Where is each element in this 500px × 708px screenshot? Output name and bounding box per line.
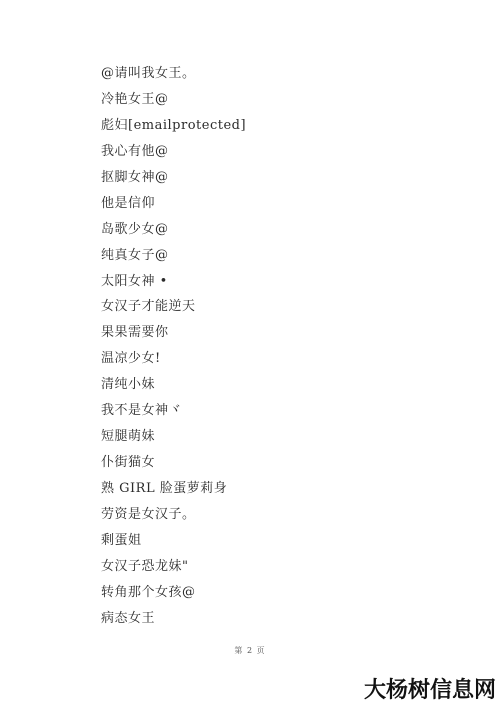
list-item: 温凉少女!	[101, 347, 246, 373]
list-item: 冷艳女王@	[101, 88, 246, 114]
document-page: @请叫我女王。 冷艳女王@ 彪妇[emailprotected] 我心有他@ 抠…	[0, 0, 500, 708]
list-item: 彪妇[emailprotected]	[101, 114, 246, 140]
list-item: 我不是女神ヾ	[101, 399, 246, 425]
list-item: 剩蛋姐	[101, 529, 246, 555]
list-item: 劳资是女汉子。	[101, 503, 246, 529]
list-item: 纯真女子@	[101, 244, 246, 270]
list-item: 清纯小妹	[101, 373, 246, 399]
page-number: 第 2 页	[0, 645, 500, 656]
list-item: 女汉子才能逆天	[101, 295, 246, 321]
list-item: 病态女王	[101, 607, 246, 633]
list-item: 短腿萌妹	[101, 425, 246, 451]
list-item: 岛歌少女@	[101, 218, 246, 244]
site-watermark-logo: 大杨树信息网	[364, 673, 496, 704]
list-item: 抠脚女神@	[101, 166, 246, 192]
list-item: 他是信仰	[101, 192, 246, 218]
list-item: @请叫我女王。	[101, 62, 246, 88]
list-item: 熟 GIRL 脸蛋萝莉身	[101, 477, 246, 503]
list-item: 转角那个女孩@	[101, 581, 246, 607]
list-item: 仆街猫女	[101, 451, 246, 477]
list-item: 果果需要你	[101, 321, 246, 347]
list-item: 女汉子恐龙妹"	[101, 555, 246, 581]
list-item: 太阳女神 •	[101, 270, 246, 296]
nickname-list: @请叫我女王。 冷艳女王@ 彪妇[emailprotected] 我心有他@ 抠…	[101, 62, 246, 633]
list-item: 我心有他@	[101, 140, 246, 166]
